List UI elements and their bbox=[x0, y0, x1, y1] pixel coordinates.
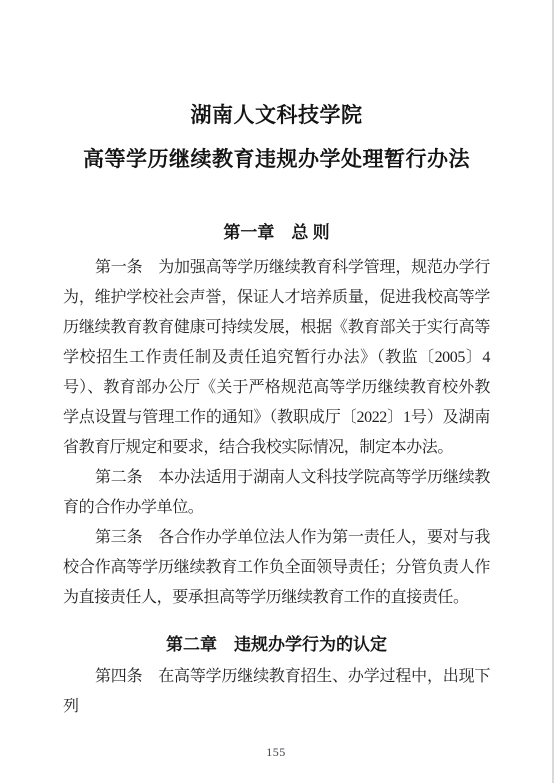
document-title-line-1: 湖南人文科技学院 bbox=[63, 0, 490, 130]
document-title-line-2: 高等学历继续教育违规办学处理暂行办法 bbox=[63, 144, 490, 174]
page-number: 155 bbox=[0, 745, 552, 760]
chapter-1-paragraph-article-2: 第二条 本办法适用于湖南人文科技学院高等学历继续教育的合作办学单位。 bbox=[63, 463, 490, 523]
document-page: 湖南人文科技学院 高等学历继续教育违规办学处理暂行办法 第一章 总 则 第一条 … bbox=[0, 0, 554, 783]
chapter-1-heading: 第一章 总 则 bbox=[63, 221, 490, 245]
chapter-2-heading: 第二章 违规办学行为的认定 bbox=[63, 633, 490, 657]
chapter-1-paragraph-article-3: 第三条 各合作办学单位法人作为第一责任人，要对与我校合作高等学历继续教育工作负全… bbox=[63, 523, 490, 613]
chapter-1-paragraph-article-1: 第一条 为加强高等学历继续教育科学管理，规范办学行为，维护学校社会声誉，保证人才… bbox=[63, 253, 490, 463]
chapter-2-paragraph-article-4: 第四条 在高等学历继续教育招生、办学过程中，出现下列 bbox=[63, 662, 490, 722]
